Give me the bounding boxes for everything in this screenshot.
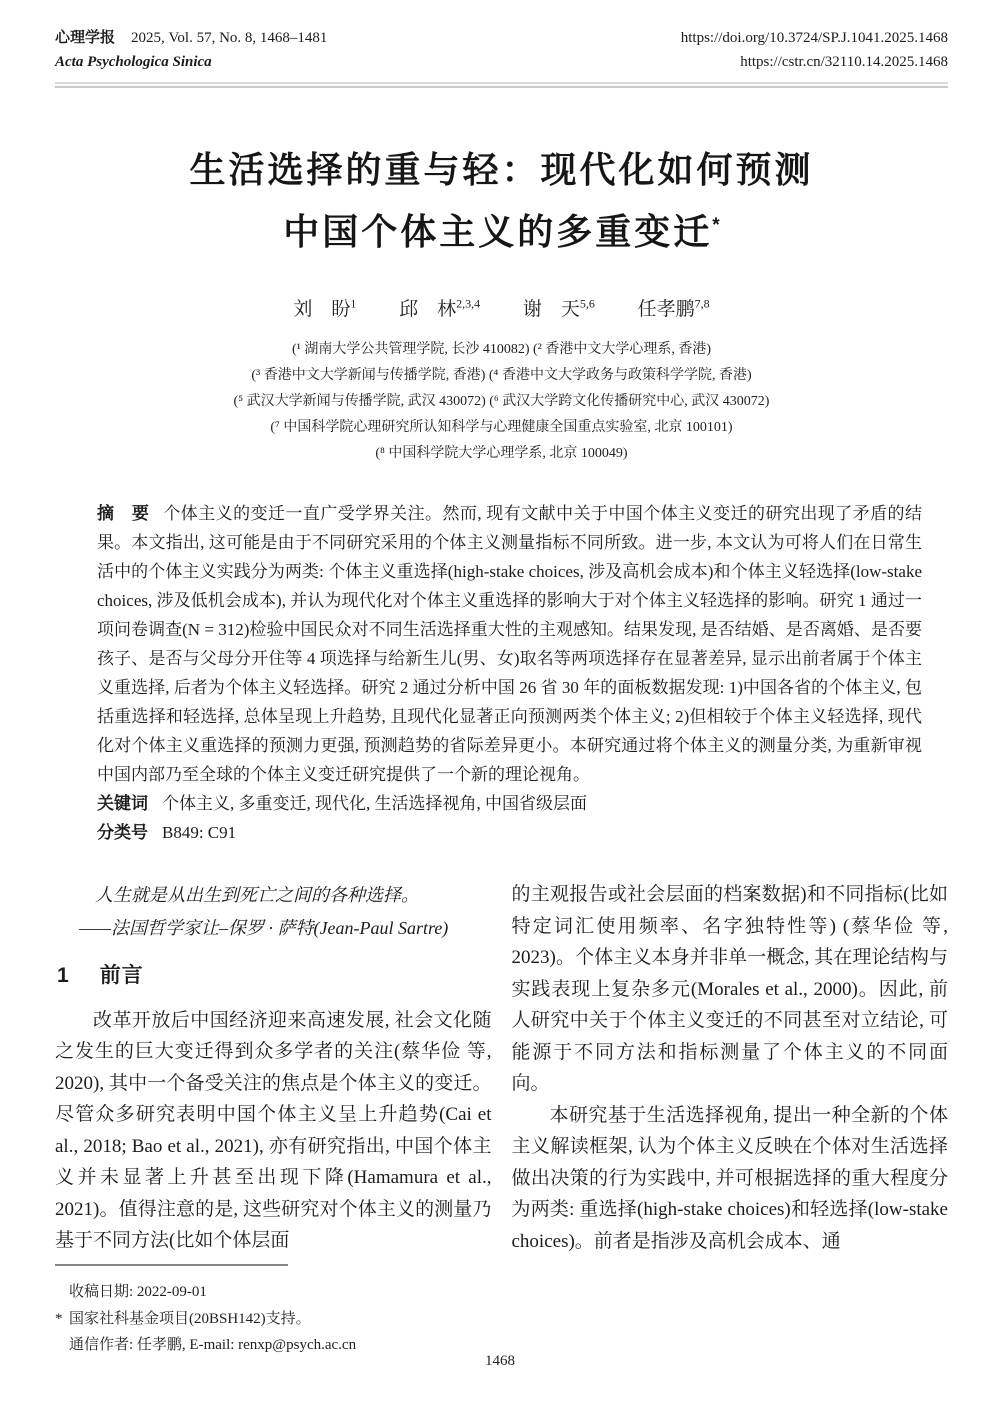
section-1-heading: 1前言	[57, 960, 492, 992]
funding-text: 国家社科基金项目(20BSH142)支持。	[69, 1311, 311, 1327]
footnote-block: 收稿日期: 2022-09-01 *国家社科基金项目(20BSH142)支持。 …	[55, 1264, 615, 1359]
title-footnote-mark: *	[712, 215, 719, 236]
author-4-affil-sup: 7,8	[695, 297, 710, 311]
intro-paragraph-2: 本研究基于生活选择视角, 提出一种全新的个体主义解读框架, 认为个体主义反映在个…	[512, 1100, 949, 1258]
author-list: 刘 盼1 邱 林2,3,4 谢 天5,6 任孝鹏7,8	[55, 294, 948, 321]
abstract-paragraph: 摘 要个体主义的变迁一直广受学界关注。然而, 现有文献中关于中国个体主义变迁的研…	[97, 499, 922, 789]
footnote-star: *	[55, 1306, 69, 1333]
journal-header-right: https://doi.org/10.3724/SP.J.1041.2025.1…	[681, 26, 948, 74]
author-2-affil-sup: 2,3,4	[456, 297, 480, 311]
doi-link[interactable]: https://doi.org/10.3724/SP.J.1041.2025.1…	[681, 26, 948, 50]
classification-label: 分类号	[97, 823, 148, 842]
right-column: 的主观报告或社会层面的档案数据)和不同指标(比如特定词汇使用频率、名字独特性等)…	[512, 879, 949, 1257]
keywords-label: 关键词	[97, 794, 148, 813]
author-3-affil-sup: 5,6	[580, 297, 595, 311]
journal-name-en: Acta Psychologica Sinica	[55, 50, 327, 74]
abstract-section: 摘 要个体主义的变迁一直广受学界关注。然而, 现有文献中关于中国个体主义变迁的研…	[97, 499, 922, 847]
section-1-number: 1	[57, 964, 70, 987]
affiliation-line: (¹ 湖南大学公共管理学院, 长沙 410082) (² 香港中文大学心理系, …	[55, 337, 948, 363]
title-line2: 中国个体主义的多重变迁	[283, 211, 712, 252]
author-3: 谢 天5,6	[523, 299, 595, 320]
author-4: 任孝鹏7,8	[638, 299, 710, 320]
affiliation-list: (¹ 湖南大学公共管理学院, 长沙 410082) (² 香港中文大学心理系, …	[55, 337, 948, 467]
journal-header: 心理学报2025, Vol. 57, No. 8, 1468–1481 Acta…	[55, 26, 948, 74]
footnote-divider	[55, 1264, 288, 1266]
author-2: 邱 林2,3,4	[399, 299, 480, 320]
journal-name-cn: 心理学报	[55, 30, 115, 46]
abstract-label: 摘 要	[97, 504, 149, 523]
email-link[interactable]: renxp@psych.ac.cn	[238, 1337, 356, 1353]
intro-paragraph-1-left: 改革开放后中国经济迎来高速发展, 社会文化随之发生的巨大变迁得到众多学者的关注(…	[55, 1005, 492, 1257]
section-1-title: 前言	[100, 964, 144, 987]
journal-issue-line: 心理学报2025, Vol. 57, No. 8, 1468–1481	[55, 26, 327, 50]
journal-header-left: 心理学报2025, Vol. 57, No. 8, 1468–1481 Acta…	[55, 26, 327, 74]
keywords-text: 个体主义, 多重变迁, 现代化, 生活选择视角, 中国省级层面	[162, 794, 587, 813]
body-columns: 人生就是从出生到死亡之间的各种选择。 ——法国哲学家让–保罗 · 萨特(Jean…	[55, 879, 948, 1257]
epigraph-attribution: ——法国哲学家让–保罗 · 萨特(Jean-Paul Sartre)	[55, 912, 492, 945]
header-divider	[55, 82, 948, 88]
epigraph-quote: 人生就是从出生到死亡之间的各种选择。	[55, 879, 492, 912]
affiliation-line: (⁷ 中国科学院心理研究所认知科学与心理健康全国重点实验室, 北京 100101…	[55, 415, 948, 441]
author-1: 刘 盼1	[293, 299, 356, 320]
classification-line: 分类号B849: C91	[97, 818, 922, 847]
title-line1: 生活选择的重与轻：现代化如何预测	[189, 149, 813, 190]
received-date-line: 收稿日期: 2022-09-01	[55, 1279, 615, 1306]
paper-title: 生活选择的重与轻：现代化如何预测 中国个体主义的多重变迁*	[55, 142, 948, 260]
affiliation-line: (³ 香港中文大学新闻与传播学院, 香港) (⁴ 香港中文大学政务与政策科学学院…	[55, 363, 948, 389]
cstr-link[interactable]: https://cstr.cn/32110.14.2025.1468	[681, 50, 948, 74]
page-number: 1468	[0, 1353, 1000, 1370]
issue-info: 2025, Vol. 57, No. 8, 1468–1481	[131, 30, 327, 46]
correspondence-label: 通信作者: 任孝鹏, E-mail:	[69, 1337, 238, 1353]
author-1-affil-sup: 1	[350, 297, 356, 311]
keywords-line: 关键词个体主义, 多重变迁, 现代化, 生活选择视角, 中国省级层面	[97, 789, 922, 818]
funding-line: *国家社科基金项目(20BSH142)支持。	[55, 1306, 615, 1333]
affiliation-line: (⁸ 中国科学院大学心理学系, 北京 100049)	[55, 441, 948, 467]
epigraph: 人生就是从出生到死亡之间的各种选择。 ——法国哲学家让–保罗 · 萨特(Jean…	[55, 879, 492, 945]
intro-paragraph-1-right: 的主观报告或社会层面的档案数据)和不同指标(比如特定词汇使用频率、名字独特性等)…	[512, 879, 949, 1100]
affiliation-line: (⁵ 武汉大学新闻与传播学院, 武汉 430072) (⁶ 武汉大学跨文化传播研…	[55, 389, 948, 415]
abstract-text: 个体主义的变迁一直广受学界关注。然而, 现有文献中关于中国个体主义变迁的研究出现…	[97, 504, 922, 784]
paper-page: 心理学报2025, Vol. 57, No. 8, 1468–1481 Acta…	[0, 0, 1000, 1406]
left-column: 人生就是从出生到死亡之间的各种选择。 ——法国哲学家让–保罗 · 萨特(Jean…	[55, 879, 492, 1257]
classification-text: B849: C91	[162, 823, 236, 842]
